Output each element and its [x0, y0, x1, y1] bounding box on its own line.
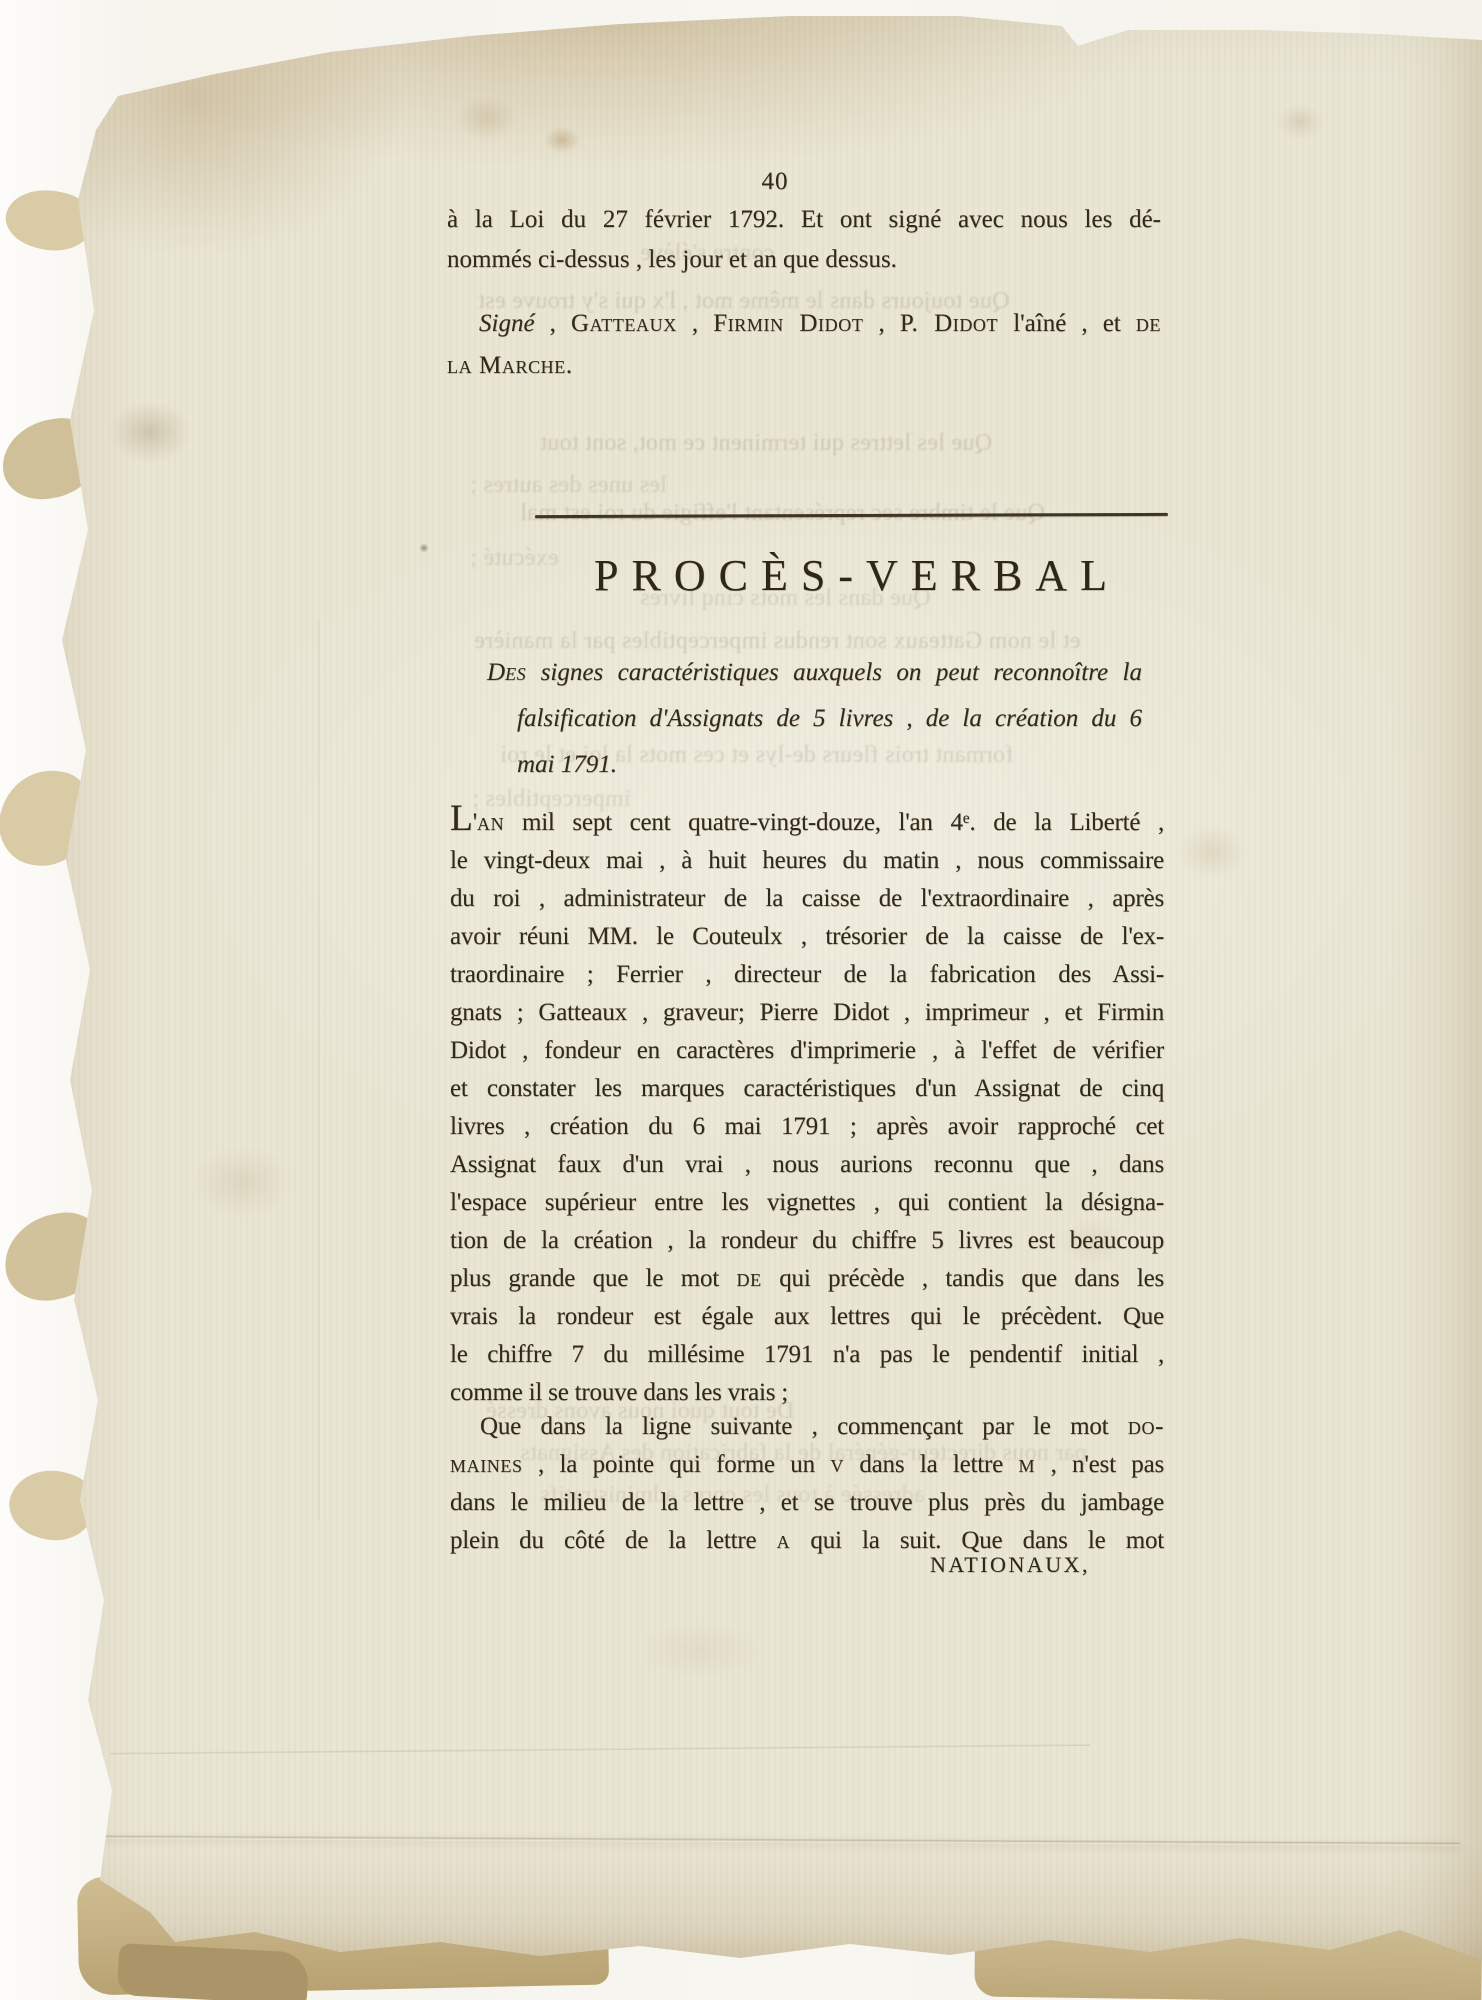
- section-divider-rule: [535, 513, 1168, 518]
- text-line: le vingt-deux mai , à huit heures du mat…: [450, 842, 1164, 880]
- text-line: du roi , administrateur de la caisse de …: [450, 880, 1164, 918]
- text-line: maines , la pointe qui forme un v dans l…: [450, 1446, 1164, 1484]
- body-paragraph-1: L'an mil sept cent quatre-vingt-douze, l…: [450, 800, 1164, 1412]
- text-line: le chiffre 7 du millésime 1791 n'a pas l…: [450, 1336, 1164, 1374]
- signature-paragraph: Signé , Gatteaux , Firmin Didot , P. Did…: [447, 303, 1161, 387]
- text-line: gnats ; Gatteaux , graveur; Pierre Didot…: [450, 994, 1164, 1032]
- text-line: et constater les marques caractéristique…: [450, 1070, 1164, 1108]
- text-line: à la Loi du 27 février 1792. Et ont sign…: [447, 200, 1161, 240]
- text-line: tion de la création , la rondeur du chif…: [450, 1222, 1164, 1260]
- paper-sheet: contre s'élève Que toujours dans le même…: [0, 0, 1482, 2000]
- subtitle-paragraph: Des signes caractéristiques auxquels on …: [487, 650, 1142, 788]
- text-line: Assignat faux d'un vrai , nous aurions r…: [450, 1146, 1164, 1184]
- printed-content: 40 à la Loi du 27 février 1792. Et ont s…: [0, 0, 1482, 2000]
- text-line: falsification d'Assignats de 5 livres , …: [487, 696, 1142, 742]
- section-heading: PROCÈS-VERBAL: [502, 550, 1212, 601]
- page-number: 40: [420, 168, 1130, 196]
- text-line: Signé , Gatteaux , Firmin Didot , P. Did…: [447, 303, 1161, 345]
- catchword: NATIONAUX,: [450, 1552, 1090, 1578]
- text-line: Que dans la ligne suivante , commençant …: [450, 1408, 1164, 1446]
- text-line: traordinaire ; Ferrier , directeur de la…: [450, 956, 1164, 994]
- text-line: mai 1791.: [487, 742, 1142, 788]
- text-line: plus grande que le mot de qui précède , …: [450, 1260, 1164, 1298]
- text-line: l'espace supérieur entre les vignettes ,…: [450, 1184, 1164, 1222]
- scanned-document-page: contre s'élève Que toujours dans le même…: [0, 0, 1482, 2000]
- text-line: dans le milieu de la lettre , et se trou…: [450, 1484, 1164, 1522]
- text-line: vrais la rondeur est égale aux lettres q…: [450, 1298, 1164, 1336]
- text-line: L'an mil sept cent quatre-vingt-douze, l…: [450, 800, 1164, 842]
- intro-paragraph: à la Loi du 27 février 1792. Et ont sign…: [447, 200, 1161, 280]
- text-line: avoir réuni MM. le Couteulx , trésorier …: [450, 918, 1164, 956]
- under-sheet-edge: [117, 1943, 309, 2000]
- text-line: comme il se trouve dans les vrais ;: [450, 1374, 1164, 1412]
- text-line: nommés ci-dessus , les jour et an que de…: [447, 240, 1161, 280]
- text-line: Didot , fondeur en caractères d'imprimer…: [450, 1032, 1164, 1070]
- text-line: la Marche.: [447, 345, 1161, 387]
- body-paragraph-2: Que dans la ligne suivante , commençant …: [450, 1408, 1164, 1560]
- text-line: Des signes caractéristiques auxquels on …: [487, 650, 1142, 696]
- text-line: livres , création du 6 mai 1791 ; après …: [450, 1108, 1164, 1146]
